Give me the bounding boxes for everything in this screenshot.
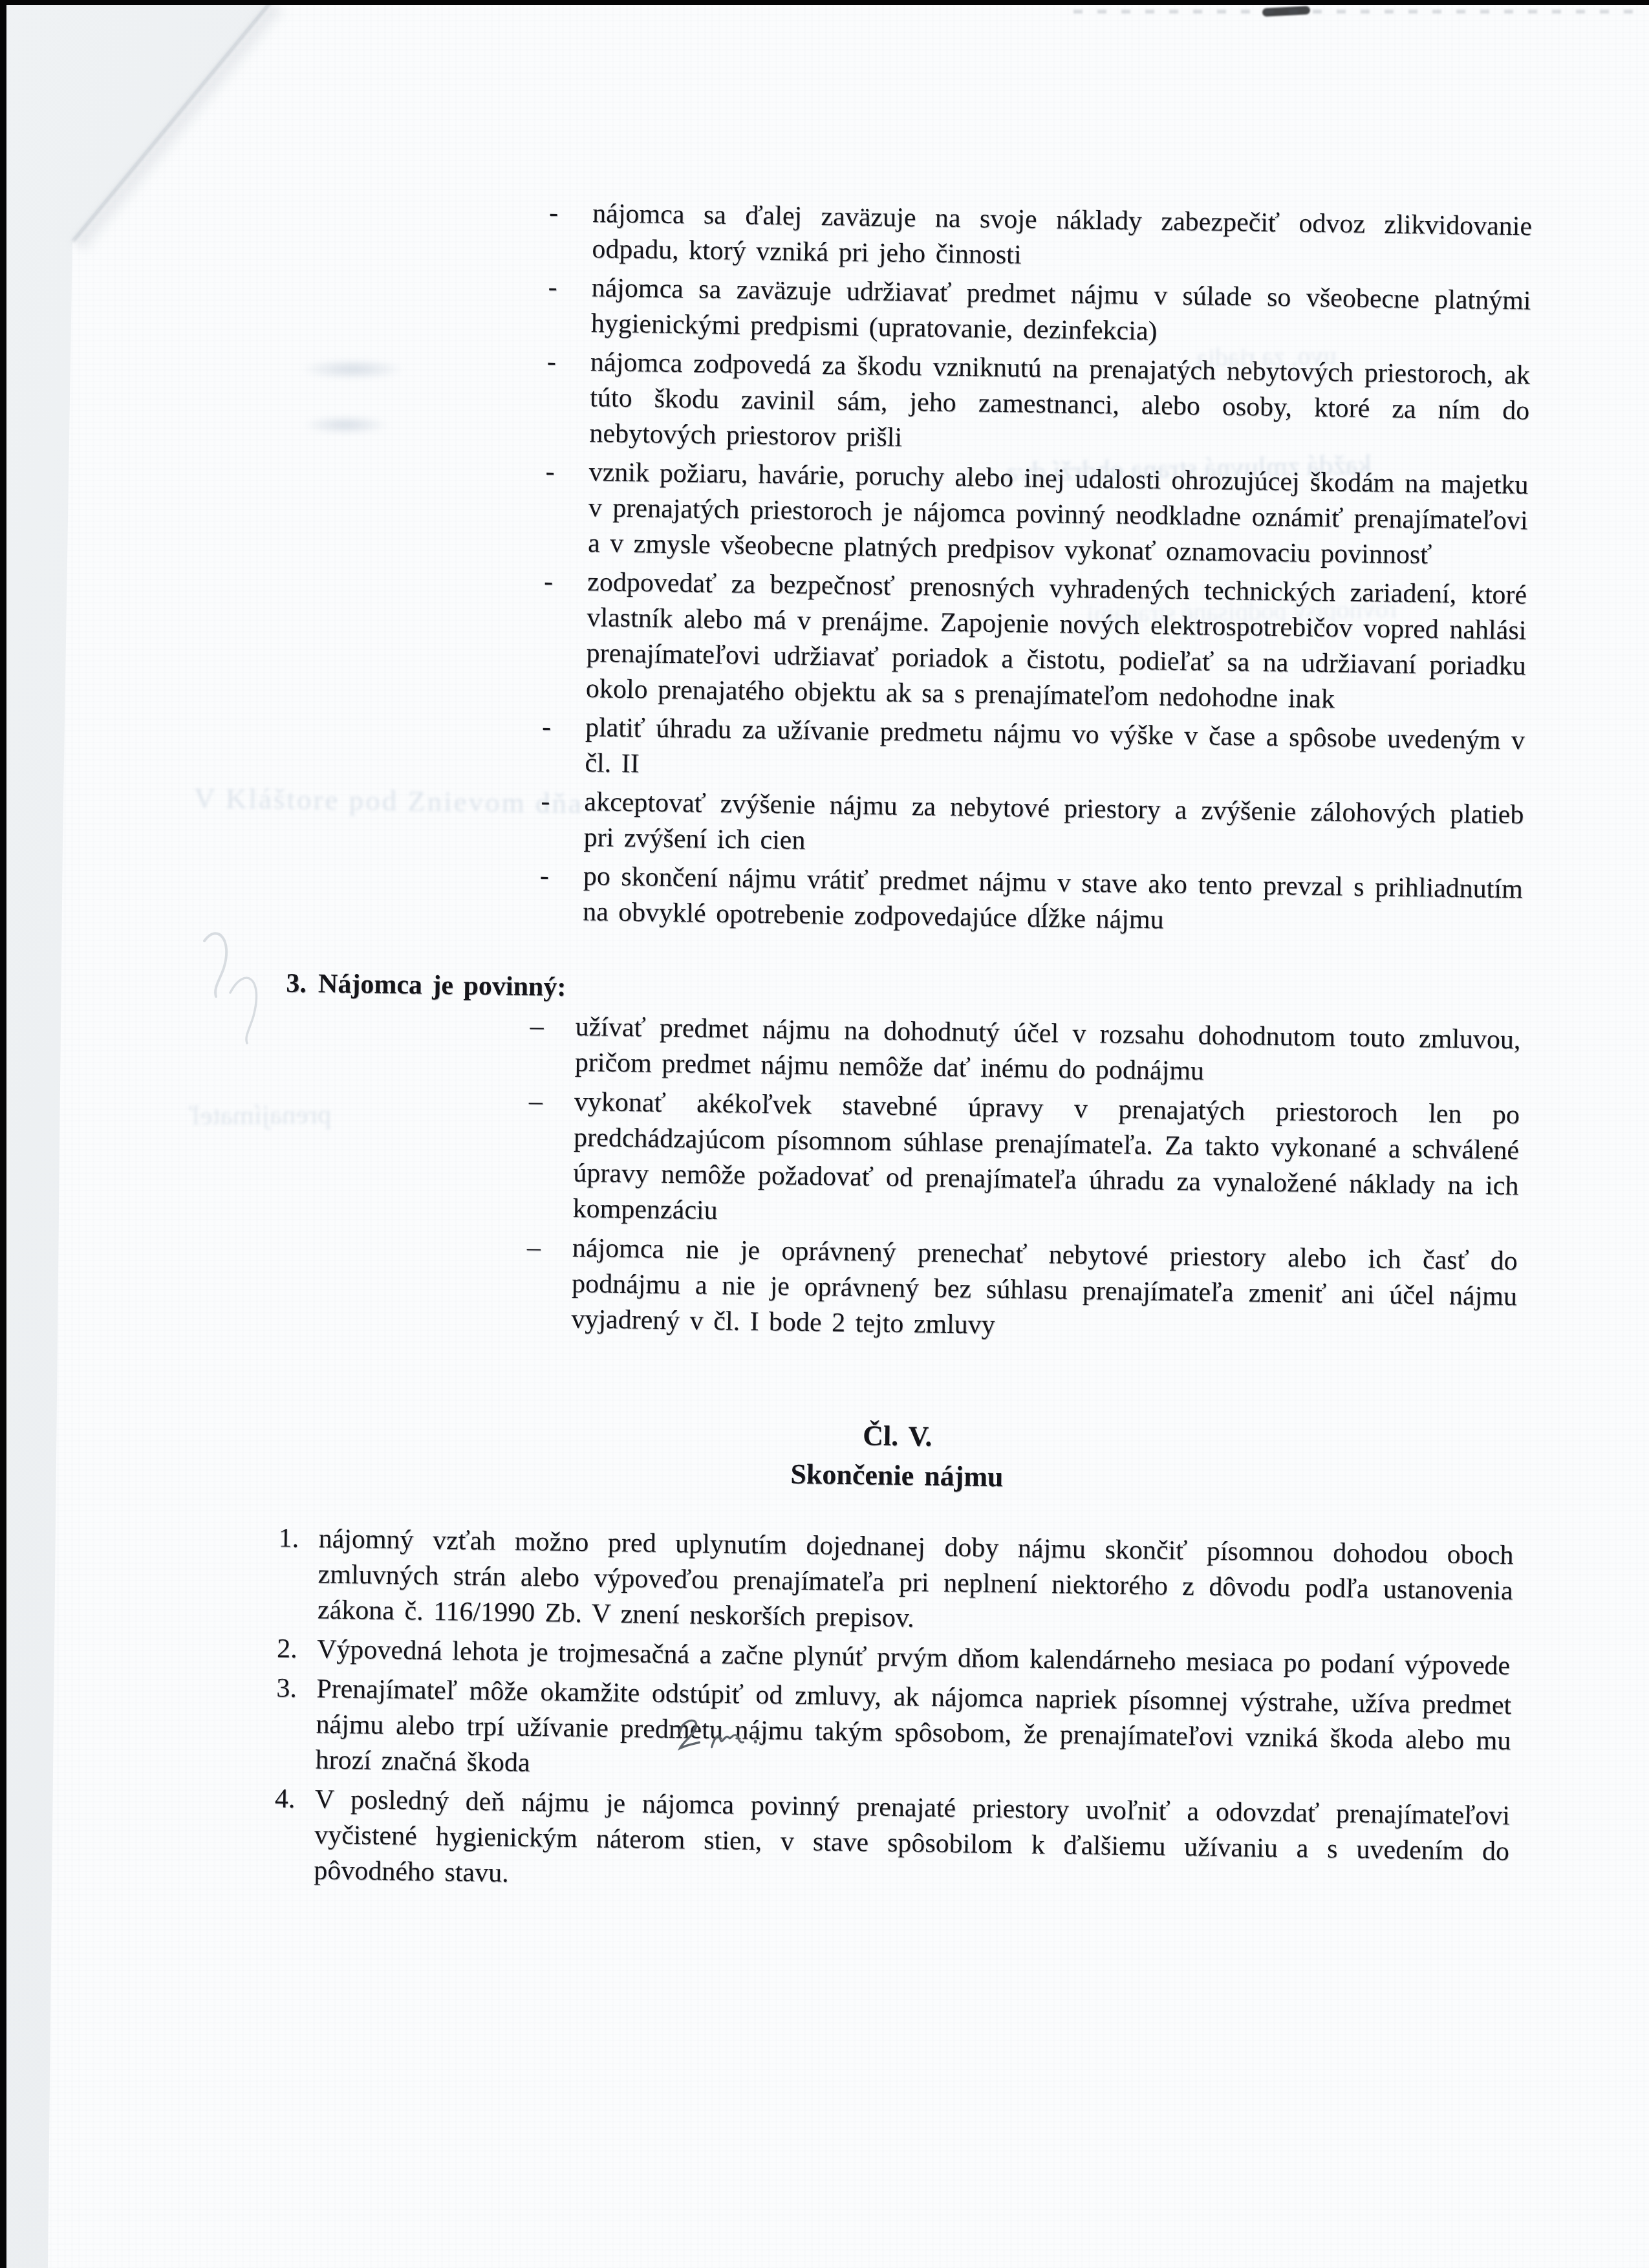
bullet-text: užívať predmet nájmu na dohodnutý účel v… (575, 1012, 1521, 1086)
bullet-dash: - (547, 344, 557, 380)
bullet-text: nájomca zodpovedá za škodu vzniknutú na … (589, 347, 1530, 453)
item-text: Prenajímateľ môže okamžite odstúpiť od z… (315, 1674, 1511, 1778)
list-item: – užívať predmet nájmu na dohodnutý účel… (527, 1009, 1521, 1094)
list-item: 1. nájomný vzťah možno pred uplynutím do… (318, 1521, 1514, 1645)
scan-speckle-line (1073, 10, 1643, 14)
bullet-dash: - (548, 270, 557, 305)
list-item: - nájomca zodpovedá za škodu vzniknutú n… (546, 344, 1530, 464)
list-item: 4. V posledný deň nájmu je nájomca povin… (314, 1782, 1510, 1905)
bullet-text: po skončení nájmu vrátiť predmet nájmu v… (583, 861, 1523, 935)
list-item: – vykonať akékoľvek stavebné úpravy v pr… (524, 1084, 1520, 1240)
handwritten-annotation: 2 m. (673, 1709, 772, 1762)
bullet-dash: – (526, 1230, 541, 1266)
bullet-dash: – (530, 1009, 544, 1044)
item-text: V posledný deň nájmu je nájomca povinný … (314, 1784, 1510, 1888)
bullet-text: zodpovedať za bezpečnosť prenosných vyhr… (586, 567, 1527, 714)
bullet-text: platiť úhradu za užívanie predmetu nájmu… (585, 713, 1525, 779)
section-number: 3. (286, 969, 307, 999)
bullet-dash: – (529, 1084, 543, 1119)
scan-black-edge-top (0, 0, 1649, 5)
item-number: 2. (277, 1632, 297, 1667)
item-number: 3. (276, 1671, 297, 1707)
sub-bullet-list: – užívať predmet nájmu na dohodnutý účel… (281, 1006, 1521, 1351)
bullet-dash: - (549, 195, 559, 231)
document-content: - nájomca sa ďalej zaväzuje na svoje nák… (274, 192, 1533, 1909)
list-item: - akceptovať zvýšenie nájmu za nebytové … (540, 784, 1524, 869)
item-number: 4. (275, 1782, 296, 1817)
bullet-text: vykonať akékoľvek stavebné úpravy v pren… (572, 1087, 1520, 1226)
bullet-dash: - (540, 858, 550, 894)
list-item: - platiť úhradu za užívanie predmetu náj… (541, 709, 1525, 794)
item-number: 1. (278, 1521, 299, 1557)
bullet-list: - nájomca sa ďalej zaväzuje na svoje nák… (287, 192, 1533, 944)
bullet-dash: - (544, 564, 554, 599)
bullet-dash: - (541, 784, 550, 819)
pen-scribble (185, 915, 295, 1051)
bullet-dash: - (545, 454, 555, 490)
scan-black-edge-left (0, 0, 6, 2268)
bullet-text: akceptovať zvýšenie nájmu za nebytové pr… (583, 787, 1524, 856)
handwriting-strokes (673, 1709, 772, 1762)
list-item: 3. Prenajímateľ môže okamžite odstúpiť o… (315, 1671, 1511, 1795)
numbered-list: 1. nájomný vzťah možno pred uplynutím do… (274, 1521, 1514, 1906)
list-item: - nájomca sa zaväzuje udržiavať predmet … (547, 270, 1531, 354)
scanned-contract-page: uvo, za riadia každá zmluvná strana obdr… (0, 0, 1649, 2268)
list-item: – nájomca nie je oprávnený prenechať neb… (523, 1230, 1518, 1350)
list-item: - vznik požiaru, havárie, poruchy alebo … (544, 454, 1529, 574)
bullet-text: nájomca nie je oprávnený prenechať nebyt… (571, 1233, 1518, 1340)
bullet-text: nájomca sa ďalej zaväzuje na svoje nákla… (592, 199, 1532, 270)
item-text: nájomný vzťah možno pred uplynutím dojed… (318, 1524, 1514, 1633)
list-item: - po skončení nájmu vrátiť predmet nájmu… (539, 858, 1523, 943)
bullet-dash: - (542, 709, 552, 745)
list-item: - zodpovedať za bezpečnosť prenosných vy… (543, 564, 1527, 720)
bullet-text: nájomca sa zaväzuje udržiavať predmet ná… (591, 273, 1531, 346)
list-item: - nájomca sa ďalej zaväzuje na svoje nák… (548, 195, 1532, 280)
bullet-text: vznik požiaru, havárie, poruchy alebo in… (588, 457, 1529, 570)
section-title: Nájomca je povinný: (318, 969, 566, 1002)
